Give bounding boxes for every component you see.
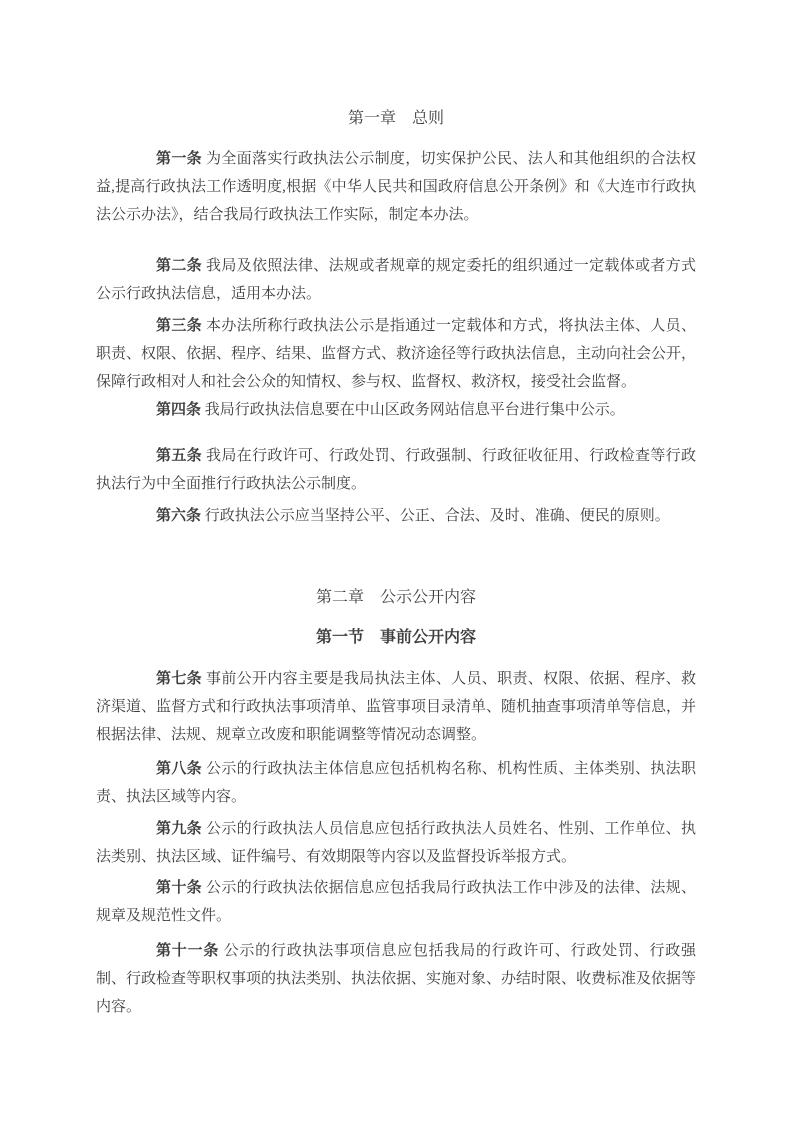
chapter-2-heading: 第二章 公示公开内容 [96,584,696,612]
article-4-text: 我局行政执法信息要在中山区政务网站信息平台进行集中公示。 [201,402,625,418]
article-5: 第五条 我局在行政许可、行政处罚、行政强制、行政征收征用、行政检查等行政执法行为… [96,442,696,498]
article-6-number: 第六条 [156,508,201,524]
article-10: 第十条 公示的行政执法依据信息应包括我局行政执法工作中涉及的法律、法规、规章及规… [96,874,696,930]
article-2-number: 第二条 [156,258,202,274]
article-9: 第九条 公示的行政执法人员信息应包括行政执法人员姓名、性别、工作单位、执法类别、… [96,815,696,871]
article-9-number: 第九条 [156,821,202,837]
article-4-number: 第四条 [156,402,201,418]
article-6-text: 行政执法公示应当坚持公平、公正、合法、及时、准确、便民的原则。 [201,508,670,524]
article-10-number: 第十条 [156,880,202,896]
article-3-number: 第三条 [156,318,202,334]
article-6: 第六条 行政执法公示应当坚持公平、公正、合法、及时、准确、便民的原则。 [96,502,696,530]
article-4: 第四条 我局行政执法信息要在中山区政务网站信息平台进行集中公示。 [96,396,696,424]
article-8: 第八条 公示的行政执法主体信息应包括机构名称、机构性质、主体类别、执法职责、执法… [96,755,696,811]
article-11-number: 第十一条 [156,943,219,959]
chapter-1-heading: 第一章 总则 [96,105,696,133]
article-3: 第三条 本办法所称行政执法公示是指通过一定载体和方式，将执法主体、人员、职责、权… [96,312,696,396]
article-1-number: 第一条 [156,151,202,167]
article-7: 第七条 事前公开内容主要是我局执法主体、人员、职责、权限、依据、程序、救济渠道、… [96,665,696,749]
article-5-number: 第五条 [156,448,202,464]
article-8-number: 第八条 [156,761,202,777]
document-page: 第一章 总则 第一条 为全面落实行政执法公示制度，切实保护公民、法人和其他组织的… [0,0,793,1122]
section-1-heading: 第一节 事前公开内容 [96,624,696,652]
article-7-number: 第七条 [156,671,202,687]
article-11: 第十一条 公示的行政执法事项信息应包括我局的行政许可、行政处罚、行政强制、行政检… [96,937,696,1021]
article-1: 第一条 为全面落实行政执法公示制度，切实保护公民、法人和其他组织的合法权益,提高… [96,145,696,229]
article-2: 第二条 我局及依照法律、法规或者规章的规定委托的组织通过一定载体或者方式公示行政… [96,252,696,308]
